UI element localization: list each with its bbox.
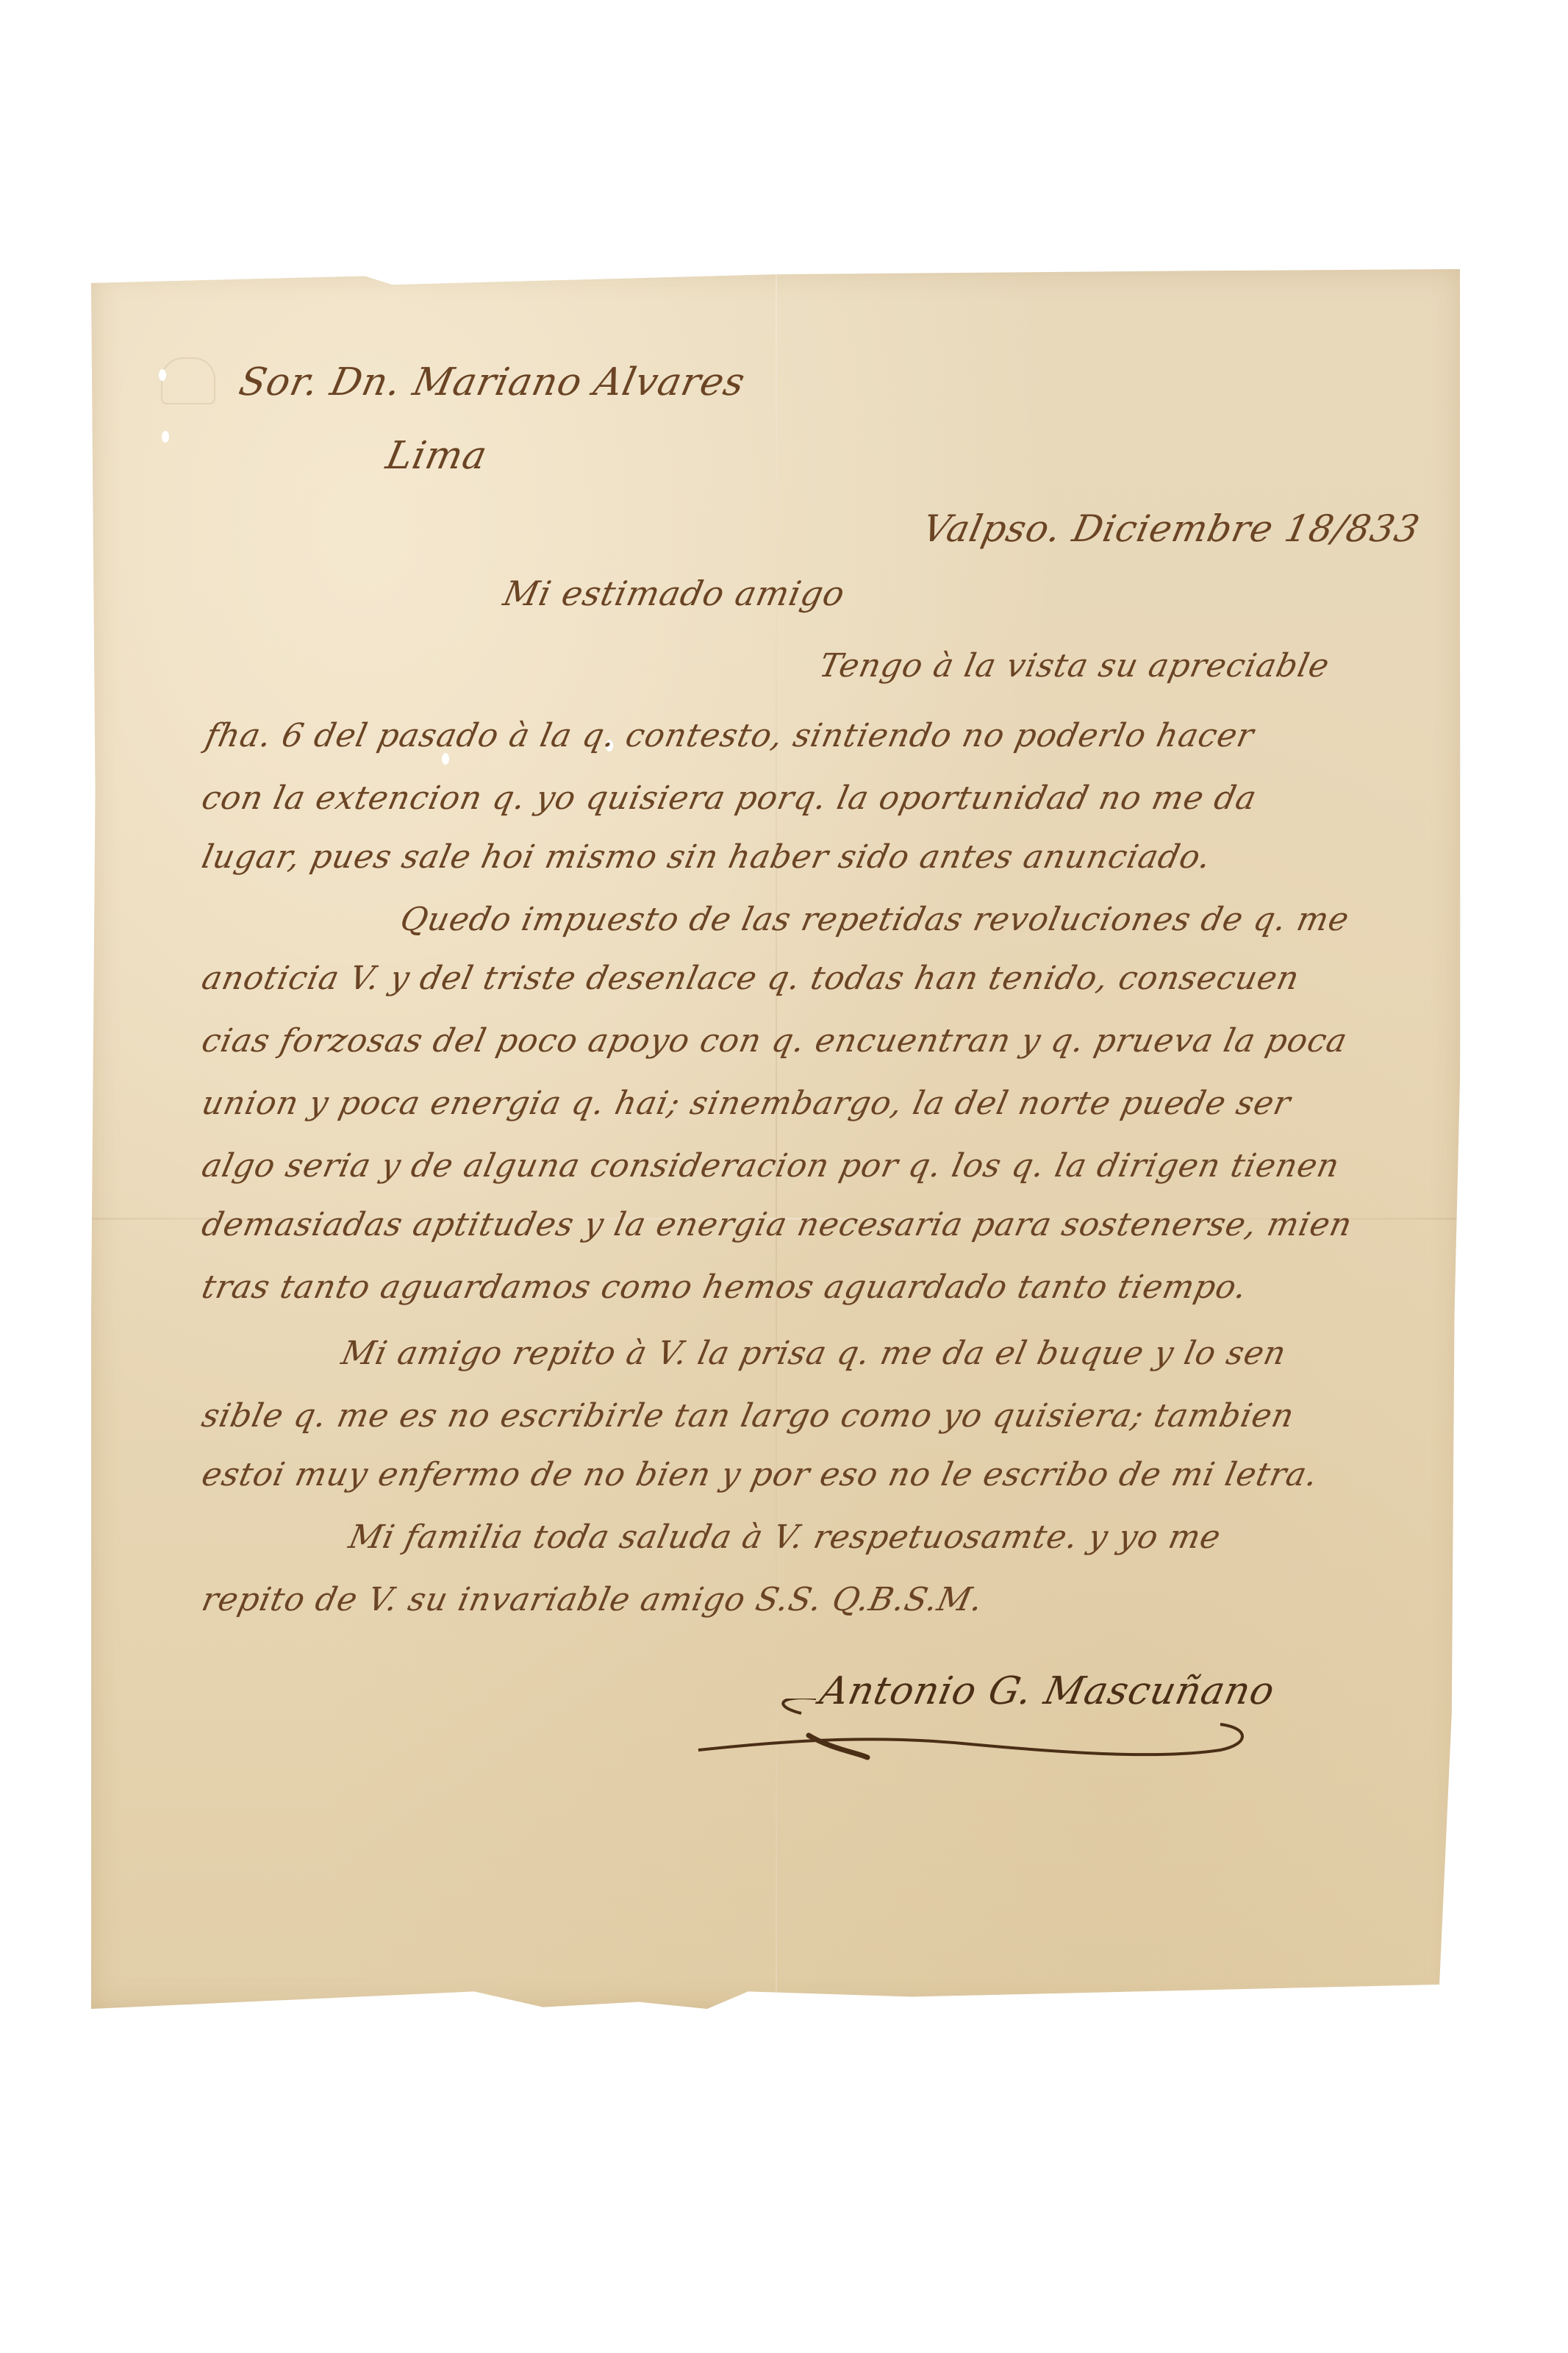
signature-flourish-icon <box>691 1699 1279 1787</box>
recipient-address-line: Sor. Dn. Mariano Alvares <box>235 360 749 404</box>
body-line: Quedo impuesto de las repetidas revoluci… <box>397 901 1353 938</box>
body-line: sible q. me es no escribirle tan largo c… <box>198 1397 1297 1435</box>
body-line: demasiadas aptitudes y la energia necesa… <box>198 1206 1356 1243</box>
embossed-stamp-mark <box>161 357 215 404</box>
body-line: con la extencion q. yo quisiera porq. la… <box>198 779 1260 817</box>
body-line: anoticia V. y del triste desenlace q. to… <box>198 960 1303 997</box>
body-line: lugar, pues sale hoi mismo sin haber sid… <box>198 838 1214 876</box>
body-line: cias forzosas del poco apoyo con q. encu… <box>198 1022 1351 1060</box>
paper-wormhole <box>162 431 169 443</box>
body-line: fha. 6 del pasado à la q. contesto, sint… <box>202 717 1258 754</box>
body-line: repito de V. su invariable amigo S.S. Q.… <box>198 1581 987 1618</box>
body-line: algo seria y de alguna consideracion por… <box>198 1147 1343 1185</box>
signature-block: Antonio G. Mascuñano <box>691 1669 1145 1713</box>
body-line: Mi amigo repito à V. la prisa q. me da e… <box>338 1335 1289 1372</box>
paper-wormhole <box>442 753 449 765</box>
body-line: union y poca energia q. hai; sinembargo,… <box>198 1085 1295 1122</box>
body-line: estoi muy enfermo de no bien y por eso n… <box>198 1456 1322 1493</box>
salutation: Mi estimado amigo <box>500 574 849 613</box>
body-line: Mi familia toda saluda à V. respetuosamt… <box>346 1518 1225 1556</box>
body-line: Tengo à la vista su apreciable <box>816 647 1333 685</box>
paper-wormhole <box>159 369 166 381</box>
place-and-date: Valpso. Diciembre 18/833 <box>919 507 1424 550</box>
recipient-city: Lima <box>382 434 491 478</box>
body-line: tras tanto aguardamos como hemos aguarda… <box>198 1268 1250 1306</box>
